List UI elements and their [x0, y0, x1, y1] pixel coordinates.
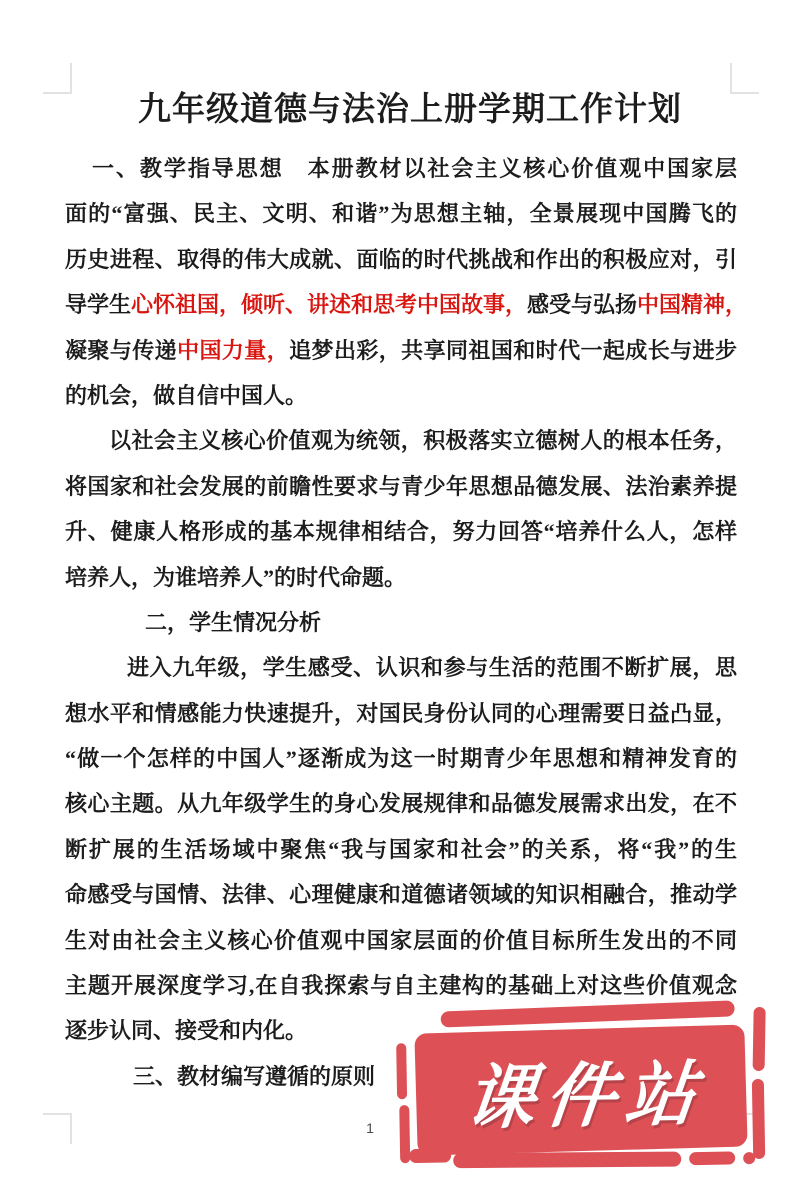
highlighted-text-segment: 心怀祖国，倾听、讲述和思考中国故事，	[131, 292, 527, 317]
text-line: 想水平和情感能力快速提升，对国民身份认同的心理需要日益凸显，	[65, 691, 737, 736]
text-segment: 导学生	[65, 292, 131, 317]
text-segment: 核心主题。从九年级学生的身心发展规律和品德发展需求出发，在不	[65, 791, 737, 816]
text-line: 进入九年级，学生感受、认识和参与生活的范围不断扩展，思	[65, 645, 737, 690]
text-segment: 面的“富强、民主、文明、和谐”为思想主轴，全景展现中国腾飞的	[65, 201, 737, 226]
text-segment: 凝聚与传递	[65, 338, 177, 363]
text-segment: 断扩展的生活场域中聚焦“我与国家和社会”的关系，将“我”的生	[65, 837, 737, 862]
text-segment: “做一个怎样的中国人”逐渐成为这一时期青少年思想和精神发育的	[65, 746, 737, 771]
text-segment: 历史进程、取得的伟大成就、面临的时代挑战和作出的积极应对，引	[65, 247, 737, 272]
text-segment: 逐步认同、接受和内化。	[65, 1018, 307, 1043]
text-line: 二，学生情况分析	[65, 600, 737, 645]
stamp-text-box: 课件站	[415, 1026, 747, 1154]
text-segment: 感受与弘扬	[527, 292, 637, 317]
stamp-border-right-lower	[752, 1079, 765, 1159]
text-line: 生对由社会主义核心价值观中国家层面的价值目标所生发出的不同	[65, 918, 737, 963]
highlighted-text-segment: 中国力量，	[177, 338, 289, 363]
text-line: 一、教学指导思想 本册教材以社会主义核心价值观中国家层	[65, 146, 737, 191]
text-line: 的机会，做自信中国人。	[65, 373, 737, 418]
text-line: 培养人，为谁培养人”的时代命题。	[65, 555, 737, 600]
stamp-text: 课件站	[451, 1037, 712, 1143]
text-line: 导学生心怀祖国，倾听、讲述和思考中国故事，感受与弘扬中国精神，	[65, 282, 737, 327]
text-segment: 升、健康人格形成的基本规律相结合，努力回答“培养什么人，怎样	[65, 519, 737, 544]
text-line: 面的“富强、民主、文明、和谐”为思想主轴，全景展现中国腾飞的	[65, 191, 737, 236]
text-segment: 追梦出彩，共享同祖国和时代一起成长与进步	[289, 338, 737, 363]
text-segment: 将国家和社会发展的前瞻性要求与青少年思想品德发展、法治素养提	[65, 474, 737, 499]
stamp-border-bottom-main	[453, 1152, 681, 1169]
watermark-stamp: 课件站	[394, 999, 775, 1182]
text-line: 凝聚与传递中国力量，追梦出彩，共享同祖国和时代一起成长与进步	[65, 328, 737, 373]
text-segment: 进入九年级，学生感受、认识和参与生活的范围不断扩展，思	[127, 655, 737, 680]
text-segment: 生对由社会主义核心价值观中国家层面的价值目标所生发出的不同	[65, 928, 737, 953]
document-title: 九年级道德与法治上册学期工作计划	[65, 86, 737, 134]
text-line: 将国家和社会发展的前瞻性要求与青少年思想品德发展、法治素养提	[65, 464, 737, 509]
text-line: 断扩展的生活场域中聚焦“我与国家和社会”的关系，将“我”的生	[65, 827, 737, 872]
text-segment: 培养人，为谁培养人”的时代命题。	[65, 565, 406, 590]
text-segment: 想水平和情感能力快速提升，对国民身份认同的心理需要日益凸显，	[65, 701, 737, 726]
text-line: 以社会主义核心价值观为统领，积极落实立德树人的根本任务，	[65, 418, 737, 463]
stamp-border-top	[440, 1000, 734, 1027]
stamp-border-bottom-short	[689, 1151, 735, 1165]
text-segment: 以社会主义核心价值观为统领，积极落实立德树人的根本任务，	[109, 428, 737, 453]
stamp-border-right-upper	[753, 1007, 766, 1071]
text-line: 核心主题。从九年级学生的身心发展规律和品德发展需求出发，在不	[65, 781, 737, 826]
text-segment: 三、教材编写遵循的原则	[133, 1064, 375, 1089]
text-segment: 命感受与国情、法律、心理健康和道德诸领域的知识相融合，推动学	[65, 882, 737, 907]
page-number: 1	[340, 1120, 400, 1136]
text-segment: 一、教学指导思想 本册教材以社会主义核心价值观中国家层	[92, 156, 737, 181]
text-segment: 二，学生情况分析	[145, 610, 321, 635]
text-line: 升、健康人格形成的基本规律相结合，努力回答“培养什么人，怎样	[65, 509, 737, 554]
text-line: 命感受与国情、法律、心理健康和道德诸领域的知识相融合，推动学	[65, 872, 737, 917]
highlighted-text-segment: 中国精神，	[637, 292, 747, 317]
text-segment: 主题开展深度学习,在自我探索与自主建构的基础上对这些价值观念	[65, 973, 737, 998]
document-body: 一、教学指导思想 本册教材以社会主义核心价值观中国家层面的“富强、民主、文明、和…	[65, 146, 737, 1099]
text-line: “做一个怎样的中国人”逐渐成为这一时期青少年思想和精神发育的	[65, 736, 737, 781]
stamp-border-left-upper	[396, 1043, 407, 1099]
text-line: 历史进程、取得的伟大成就、面临的时代挑战和作出的积极应对，引	[65, 237, 737, 282]
text-segment: 的机会，做自信中国人。	[65, 383, 307, 408]
document-page: 九年级道德与法治上册学期工作计划 一、教学指导思想 本册教材以社会主义核心价值观…	[0, 0, 800, 1200]
stamp-border-dot	[743, 1152, 755, 1164]
margin-corner-mark-bottom-left	[43, 1113, 72, 1144]
